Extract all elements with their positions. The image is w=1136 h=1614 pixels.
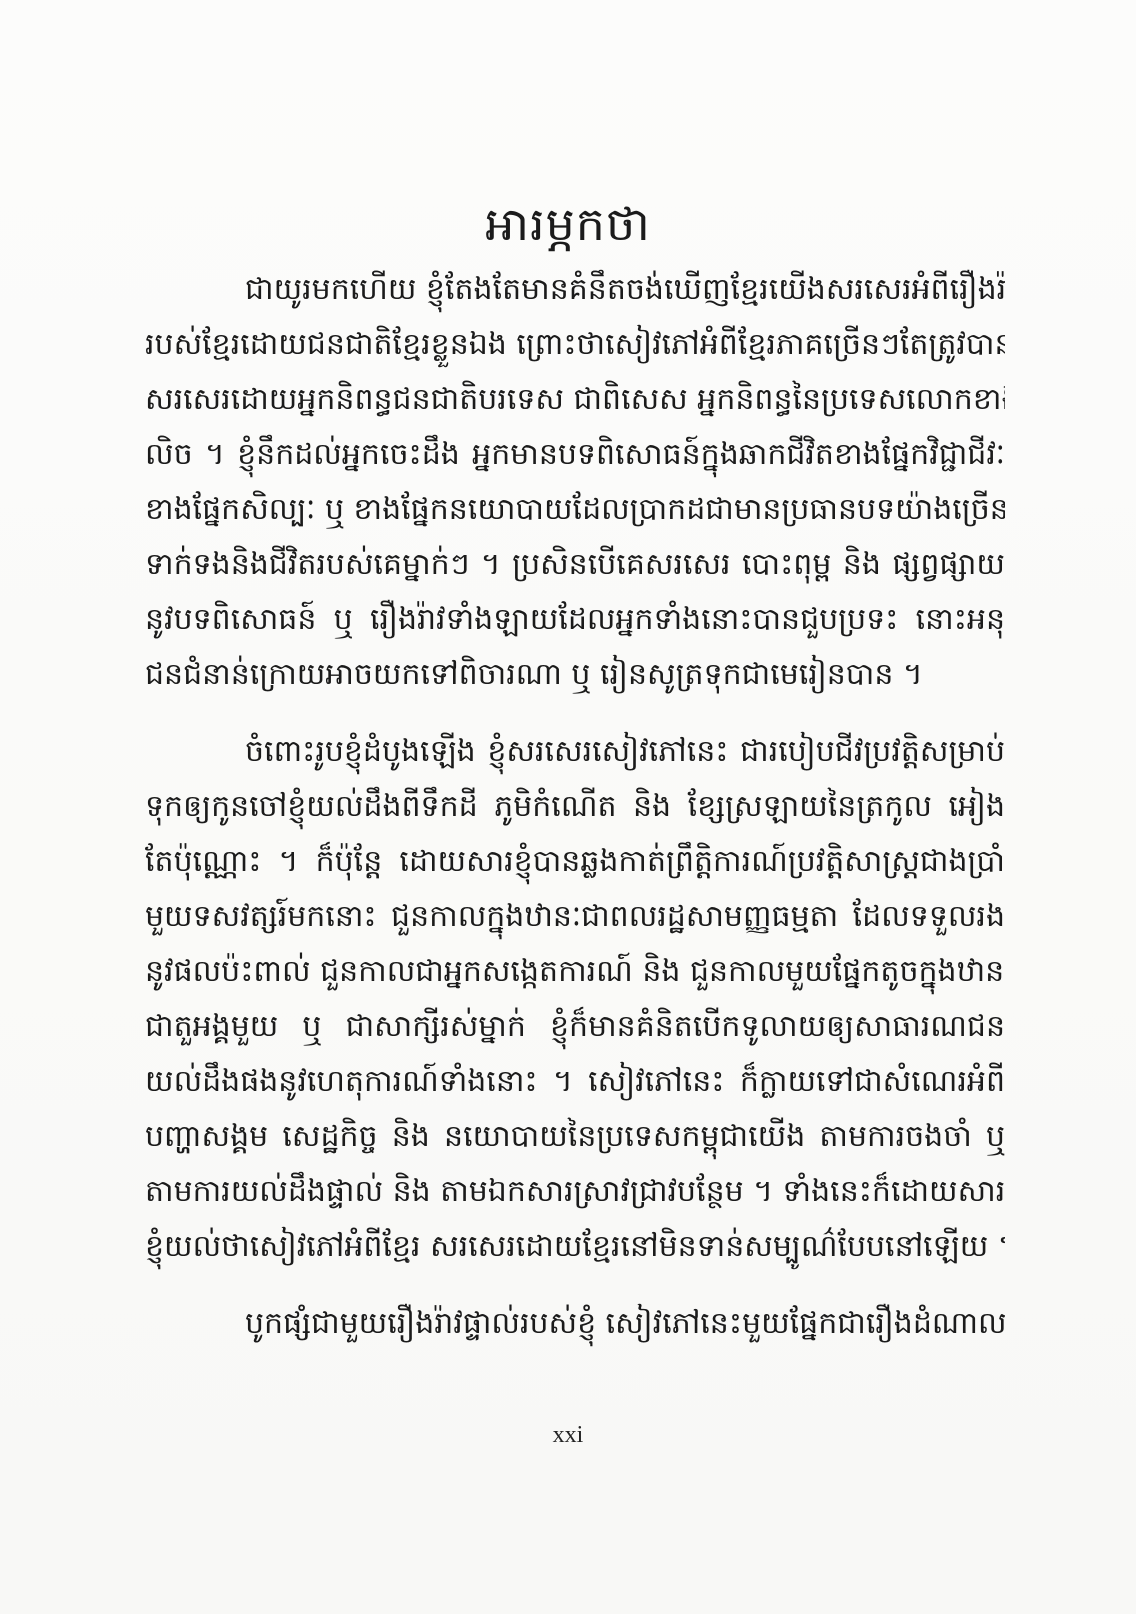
text-line: ខាងផ្នែកសិល្បៈ ឬ ខាងផ្នែកនយោបាយដែលប្រាកដ… (145, 482, 1005, 537)
text-line: សរសេរដោយអ្នកនិពន្ធជនជាតិបរទេស ជាពិសេស អ្… (145, 372, 1005, 427)
text-line: លិច ។ ខ្ញុំនឹកដល់អ្នកចេះដឹង អ្នកមានបទពិស… (145, 427, 1005, 482)
text-line: មួយទសវត្សរ៍មកនោះ ជួនកាលក្នុងឋានៈជាពលរដ្ឋ… (145, 889, 1005, 944)
body-text: ជាយូរមកហើយ ខ្ញុំតែងតែមានគំនឹតចង់ឃើញខ្មែរ… (145, 262, 1005, 1373)
page-title: អារម្ភកថា (0, 189, 1136, 259)
page-number: xxi (0, 1422, 1136, 1449)
text-line: បញ្ហាសង្គម សេដ្ឋកិច្ច និង នយោបាយនៃប្រទេស… (145, 1109, 1005, 1164)
text-line: ទុកឲ្យកូនចៅខ្ញុំយល់ដឹងពីទឹកដី ភូមិកំណើត … (145, 779, 1005, 834)
text-line: នូវផលប៉ះពាល់ ជួនកាលជាអ្នកសង្កេតការណ៍ និង… (145, 944, 1005, 999)
text-line: តែប៉ុណ្ណោះ ។ ក៏ប៉ុន្តែ ដោយសារខ្ញុំបានឆ្ល… (145, 834, 1005, 889)
text-line: ខ្ញុំយល់ថាសៀវភៅអំពីខ្មែរ សរសេរដោយខ្មែរនៅ… (145, 1219, 1005, 1274)
book-page: អារម្ភកថា ជាយូរមកហើយ ខ្ញុំតែងតែមានគំនឹតច… (0, 0, 1136, 1614)
text-line: របស់ខ្មែរដោយជនជាតិខ្មែរខ្លួនឯង ព្រោះថាសៀ… (145, 317, 1005, 372)
text-line: បូកផ្សំជាមួយរឿងរ៉ាវផ្ទាល់របស់ខ្ញុំ សៀវភៅ… (145, 1296, 1005, 1351)
text-line: ជាយូរមកហើយ ខ្ញុំតែងតែមានគំនឹតចង់ឃើញខ្មែរ… (145, 262, 1005, 317)
paragraph-3: បូកផ្សំជាមួយរឿងរ៉ាវផ្ទាល់របស់ខ្ញុំ សៀវភៅ… (145, 1296, 1005, 1351)
paragraph-2: ចំពោះរូបខ្ញុំដំបូងឡើង ខ្ញុំសរសេរសៀវភៅនេះ… (145, 724, 1005, 1274)
text-line: យល់ដឹងផងនូវហេតុការណ៍ទាំងនោះ ។ សៀវភៅនេះ ក… (145, 1054, 1005, 1109)
text-line: ជាតួអង្គមួយ ឬ ជាសាក្សីរស់ម្នាក់ ខ្ញុំក៏ម… (145, 999, 1005, 1054)
paragraph-1: ជាយូរមកហើយ ខ្ញុំតែងតែមានគំនឹតចង់ឃើញខ្មែរ… (145, 262, 1005, 702)
text-line: តាមការយល់ដឹងផ្ទាល់ និង តាមឯកសារស្រាវជ្រា… (145, 1164, 1005, 1219)
text-line: ជនជំនាន់ក្រោយអាចយកទៅពិចារណា ឬ រៀនសូត្រទុ… (145, 647, 1005, 702)
text-line: ទាក់ទងនិងជីវិតរបស់គេម្នាក់ៗ ។ ប្រសិនបើគេ… (145, 537, 1005, 592)
text-line: នូវបទពិសោធន៍ ឬ រឿងរ៉ាវទាំងឡាយដែលអ្នកទាំង… (145, 592, 1005, 647)
text-line: ចំពោះរូបខ្ញុំដំបូងឡើង ខ្ញុំសរសេរសៀវភៅនេះ… (145, 724, 1005, 779)
